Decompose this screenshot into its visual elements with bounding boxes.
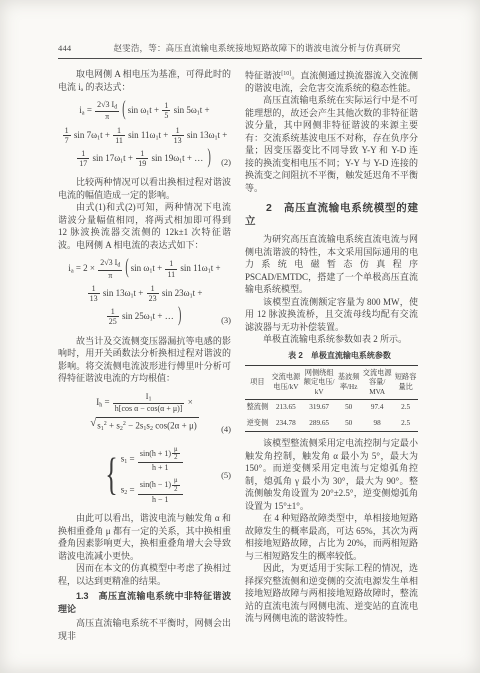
table-cell: 319.67 <box>302 400 336 416</box>
table-cell: 逆变侧 <box>245 416 270 432</box>
table-cell: 234.78 <box>270 416 302 432</box>
section-heading-2: 2 高压直流输电系统模型的建立 <box>245 202 418 227</box>
two-column-body: 取电网侧 A 相电压为基准，可得此时的电流 iₐ 的表达式： ia = 2√3 … <box>58 68 422 642</box>
table-cell: 97.4 <box>361 400 393 416</box>
paragraph: 该模型直流侧额定容量为 800 MW，使用 12 脉波换流桥，且交流母线均配有交… <box>245 296 418 334</box>
table-header-cell: 短路容 量比 <box>393 366 418 400</box>
cases-brace: { <box>105 464 117 486</box>
paragraph: 故当计及交流侧变压器漏抗等电感的影响时，用开关函数法分析换相过程对谐波的影响。将… <box>58 335 231 385</box>
page-number: 444 <box>58 43 92 53</box>
table-header-cell: 网侧绕组 额定电压/ kV <box>302 366 336 400</box>
paragraph: 在 4 种短路故障类型中，单相接地短路故障发生的概率最高，可达 65%，其次为两… <box>245 512 418 562</box>
paragraph: 高压直流输电系统在实际运行中是不可能理想的，故还会产生其他次数的非特征谐波分量，… <box>245 94 418 194</box>
equation-4: Ih = I1h[cos α − cos(α + μ)] ×√s12 + s22… <box>58 390 231 438</box>
paragraph: 为研究高压直流输电系统直流电流与网侧电流谐波的特性，本文采用国际通用的电力系统电… <box>245 233 418 296</box>
section-heading-1-3: 1.3 高压直流输电系统中非特征谐波理论 <box>58 590 231 615</box>
table-body: 整流侧213.65319.675097.42.5逆变侧234.78289.655… <box>245 400 418 432</box>
paper-page: 444 赵雯浩，等：高压直流输电系统接地短路故障下的谐波电流分析与仿真研究 取电… <box>0 0 480 673</box>
text-run: 特征谐波 <box>245 70 281 80</box>
table-header-cell: 项目 <box>245 366 270 400</box>
equation-5: {s1 = sin(h + 1)μ2h + 1s2 = sin(h − 1)μ2… <box>58 444 231 507</box>
citation-marker: [10] <box>281 71 291 77</box>
table-cell: 213.65 <box>270 400 302 416</box>
equation-number: (4) <box>221 423 231 436</box>
paragraph: 单极直流输电系统参数如表 2 所示。 <box>245 333 418 346</box>
table-cell: 50 <box>336 400 361 416</box>
table-header-row: 项目 交流电源 电压/kV 网侧绕组 额定电压/ kV 基波频 率/Hz 交流电… <box>245 366 418 400</box>
page-header: 444 赵雯浩，等：高压直流输电系统接地短路故障下的谐波电流分析与仿真研究 <box>58 42 422 54</box>
equation-2: ia = 2√3 Idπ(sin ω1t + 15 sin 5ω1t +17 s… <box>58 98 231 170</box>
equation-number: (2) <box>221 156 231 169</box>
header-divider <box>58 58 422 59</box>
paragraph: 由此可以看出，谐波电流与触发角 α 和换相重叠角 μ 都有一定的关系，其中换相重… <box>58 512 231 562</box>
paragraph: 比较两种情况可以看出换相过程对谐波电流的幅值造成一定的影响。 <box>58 176 231 201</box>
table-cell: 289.65 <box>302 416 336 432</box>
paragraph: 由式(1)和式(2)可知，两种情况下电流谐波分量幅值相同，将两式相加即可得到 1… <box>58 201 231 251</box>
table-cell: 2.5 <box>393 400 418 416</box>
paragraph: 取电网侧 A 相电压为基准，可得此时的电流 iₐ 的表达式： <box>58 68 231 93</box>
left-column: 取电网侧 A 相电压为基准，可得此时的电流 iₐ 的表达式： ia = 2√3 … <box>58 68 231 642</box>
right-column: 特征谐波[10]。直流侧通过换流器流入交流侧的谐波电流，会危害交流系统的稳态性能… <box>245 68 418 642</box>
parameters-table: 项目 交流电源 电压/kV 网侧绕组 额定电压/ kV 基波频 率/Hz 交流电… <box>245 365 418 432</box>
paragraph: 因此，为更适用于实际工程的情况，选择探究整流侧和逆变侧的交流电源发生单相接地短路… <box>245 562 418 625</box>
paragraph: 高压直流输电系统不平衡时，网侧会出现非 <box>58 617 231 642</box>
table-row: 整流侧213.65319.675097.42.5 <box>245 400 418 416</box>
equation-3: ia = 2 × 2√3 Idπ(sin ω1t + 111 sin 11ω1t… <box>58 256 231 328</box>
table-cell: 整流侧 <box>245 400 270 416</box>
running-title: 赵雯浩，等：高压直流输电系统接地短路故障下的谐波电流分析与仿真研究 <box>92 42 422 54</box>
equation-number: (3) <box>221 314 231 327</box>
table-cell: 50 <box>336 416 361 432</box>
paragraph: 该模型整流侧采用定电流控制与定最小触发角控制，触发角 α 最小为 5°，最大为 … <box>245 437 418 512</box>
table-caption: 表 2 单极直流输电系统参数 <box>245 350 418 363</box>
paragraph: 因而在本文的仿真模型中考虑了换相过程，以达到更精准的结果。 <box>58 562 231 587</box>
table-header-cell: 交流电源 电压/kV <box>270 366 302 400</box>
table-cell: 98 <box>361 416 393 432</box>
table-header-cell: 交流电源 容量/ MVA <box>361 366 393 400</box>
equation-number: (5) <box>221 469 231 482</box>
paragraph-continuation: 特征谐波[10]。直流侧通过换流器流入交流侧的谐波电流，会危害交流系统的稳态性能… <box>245 68 418 94</box>
table-header-cell: 基波频 率/Hz <box>336 366 361 400</box>
table-cell: 2.5 <box>393 416 418 432</box>
table-row: 逆变侧234.78289.6550982.5 <box>245 416 418 432</box>
